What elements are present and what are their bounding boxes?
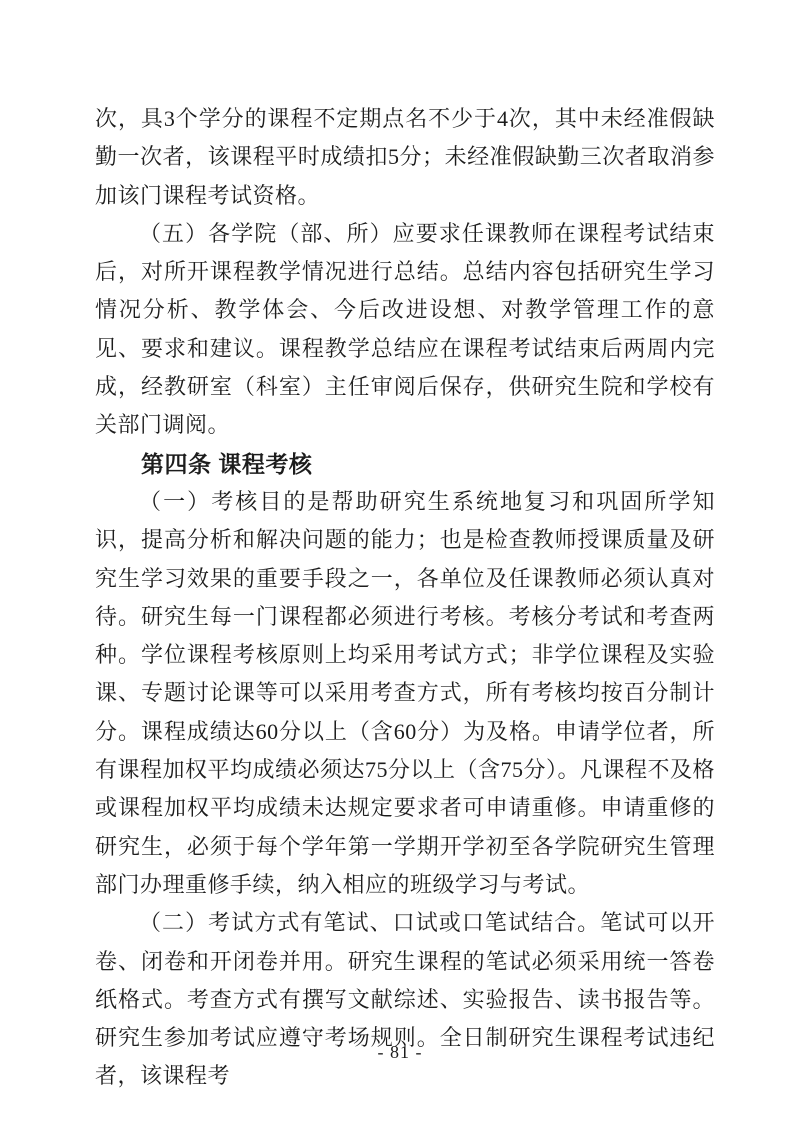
section-heading-article-4: 第四条 课程考核 — [95, 445, 715, 483]
paragraph-item-2: （二）考试方式有笔试、口试或口笔试结合。笔试可以开卷、闭卷和开闭卷并用。研究生课… — [95, 904, 715, 1095]
document-body: 次，具3个学分的课程不定期点名不少于4次，其中未经准假缺勤一次者，该课程平时成绩… — [95, 100, 715, 1096]
page-number: - 81 - — [0, 1040, 800, 1064]
paragraph-item-1: （一）考核目的是帮助研究生系统地复习和巩固所学知识，提高分析和解决问题的能力；也… — [95, 483, 715, 904]
document-page: 次，具3个学分的课程不定期点名不少于4次，其中未经准假缺勤一次者，该课程平时成绩… — [0, 0, 800, 1131]
paragraph-item-5: （五）各学院（部、所）应要求任课教师在课程考试结束后，对所开课程教学情况进行总结… — [95, 215, 715, 445]
paragraph-continuation: 次，具3个学分的课程不定期点名不少于4次，其中未经准假缺勤一次者，该课程平时成绩… — [95, 100, 715, 215]
